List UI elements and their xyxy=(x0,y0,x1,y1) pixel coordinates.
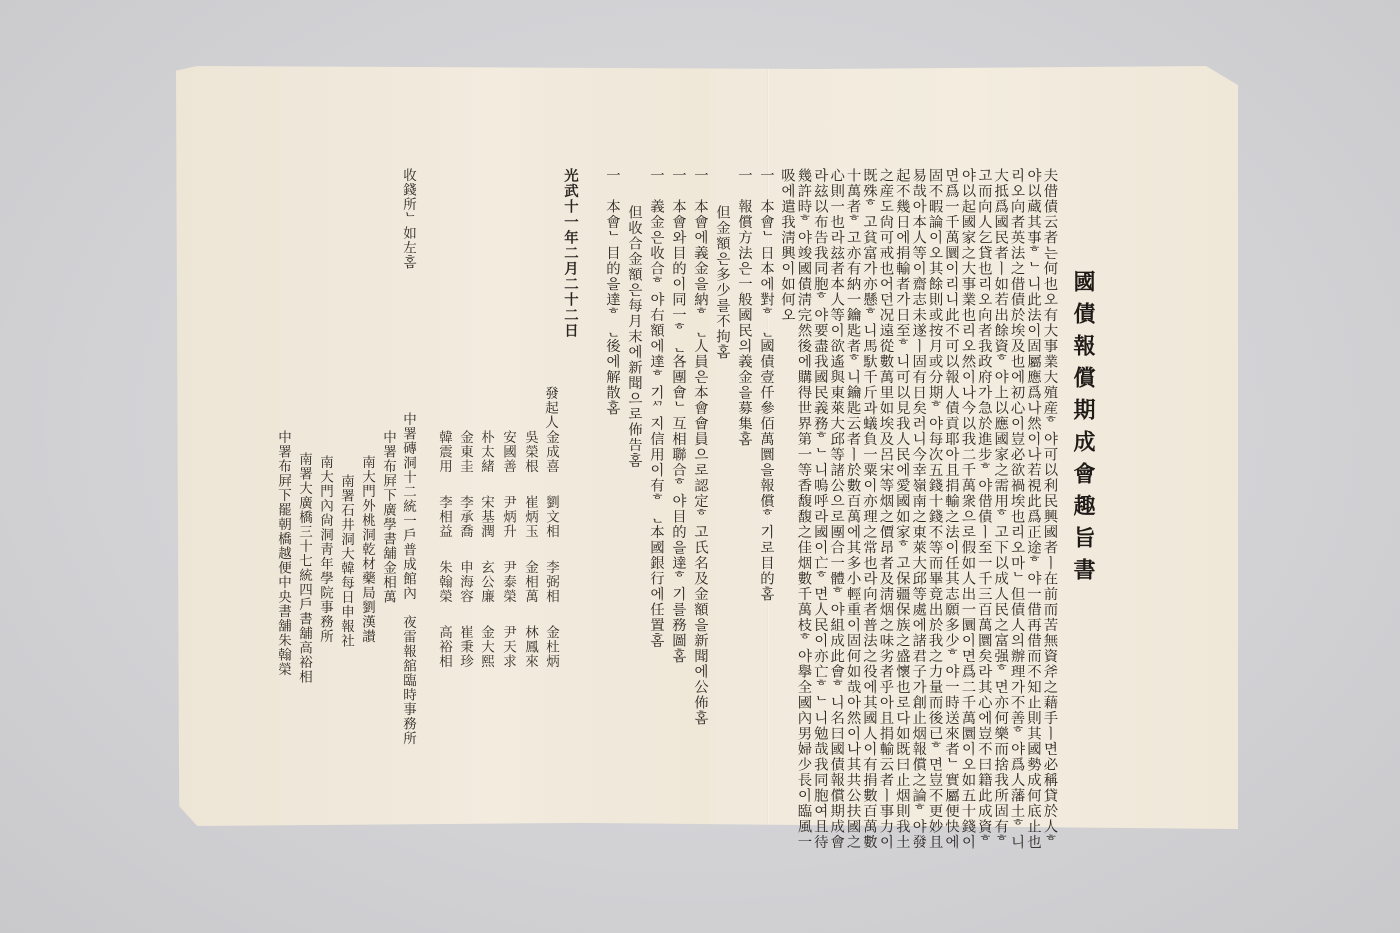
founder-name: 安國善 xyxy=(498,430,518,474)
founder-name: 金成喜 xyxy=(541,430,561,474)
founder-name: 朱翰榮 xyxy=(434,560,454,604)
founders-label: 發起人 xyxy=(540,386,560,430)
founder-name: 林鳳來 xyxy=(520,625,540,669)
founder-name: 李承喬 xyxy=(455,495,475,539)
preamble-column: 易哉아本人等이齋志未遂ㅣ固有日矣러니今幸嶺南之東萊大邱等處에諸君子가創止烟報償之… xyxy=(911,168,925,850)
document-title: 國債報償期成會趣旨書 xyxy=(1068,270,1099,590)
preamble-column: 心則一也라玆者本人等이欲遙與東萊大邱等諸公으로團合一體ᄒ야組成此會ᄒ니名曰國債報… xyxy=(829,168,843,850)
founder-name: 金東圭 xyxy=(455,430,475,474)
founder-name: 李相益 xyxy=(434,495,454,539)
founder-name: 尹天求 xyxy=(498,625,518,669)
article-note: 但收合金額은每月末에新聞으로佈告홈 xyxy=(624,205,645,469)
preamble-column: 야以起國家之大事業也리오然이나今以我二千萬衆으로假如人出一圜이면爲二千萬圜이오如… xyxy=(960,168,974,850)
founder-name: 金相萬 xyxy=(520,560,540,604)
article-item: 一 報償方法은一般國民의義金을募集홈 xyxy=(734,168,755,447)
preamble-column: 야以蔵其事ᄒᄂ니此法이固屬應爲나然이나若視此爲正途ᄒ야一借再借而不知止則其國勢成… xyxy=(1026,168,1040,850)
founder-name: 劉文相 xyxy=(541,495,561,539)
preamble-column: 吸에遣我淸興이如何오 xyxy=(780,168,794,323)
collection-office: 中署磚洞十二統一戶普成館內 夜雷報舘臨時事務所 xyxy=(398,412,418,746)
founder-name: 吳榮根 xyxy=(520,430,540,474)
founder-name: 金大熙 xyxy=(476,625,496,669)
article-item: 一 本會에義金을納ᄒᆫ人員은本會會員으로認定ᄒ고氏名及金額을新聞에公佈홈 xyxy=(690,168,711,726)
article-item: 一 本會와目的이同一ᄒᆫ各團會ᄂ互相聯合ᄒ야目的을達ᄒ기를務圖홈 xyxy=(668,168,689,664)
article-item: 一 本會ᄂ目的을達ᄒᆫ後에解散홈 xyxy=(602,168,623,416)
founder-name: 高裕相 xyxy=(434,625,454,669)
collection-office: 南署石井洞大韓每日申報社 xyxy=(336,474,356,648)
founder-name: 韓震用 xyxy=(434,430,454,474)
founder-name: 崔炳玉 xyxy=(520,495,540,539)
founder-name: 朴太緒 xyxy=(476,430,496,474)
preamble-column: 既殊ᄒ고貧富가亦懸ᄒ니馬馱千斤과蟻負一粟이亦理之常也라向者普法之役에其國人이有捐… xyxy=(862,168,876,850)
article-item: 一 本會ᄂ日本에對ᄒᆫ國債壹仟參佰萬圜을報償ᄒ기로目的홈 xyxy=(756,168,777,602)
founder-name: 崔秉珍 xyxy=(455,625,475,669)
founder-name: 尹泰榮 xyxy=(498,560,518,604)
founder-name: 玄公廉 xyxy=(476,560,496,604)
preamble-column: 면爲一千萬圜이리니此不可以報人債貢耶아且捐輸之法이任其志願多少ᄒ야一時送來者ᄂ實… xyxy=(944,168,958,850)
collection-office: 南署大廣橋三十七統四戶書舖高裕相 xyxy=(294,452,314,684)
collection-office: 南大門內尙洞靑年學院事務所 xyxy=(315,455,335,644)
article-item: 一 義金은收合ᄒ야右額에達ᄒ기ᄭ지信用이有ᄒᆫ本國銀行에任置홈 xyxy=(646,168,667,649)
preamble-column: 大抵爲國民者ㅣ如若出餘資ᄒ야上以應國家之需用ᄒ고下以成人民之富强ᄒ면亦何樂而捨我… xyxy=(993,168,1007,850)
preamble-column: 고而向人乞貸也리오向者我政府가急於進步ᄒ야借債ㅣ至一千三百萬圜矣라其心에豈不曰籍… xyxy=(976,168,990,850)
preamble-column: 리오向者英法之借債於埃及也에初心이豈必欲禍埃也리오마ᄂ但債人의辦理가不善ᄒ야爲人… xyxy=(1009,168,1023,850)
founder-name: 李弼相 xyxy=(541,560,561,604)
preamble-column: 夫借債云者는何也오有大事業大殖産ᄒ야可以利民興國者ㅣ在前而苦無資斧之藉手ㅣ면必稱… xyxy=(1042,168,1056,850)
preamble-column: 十萬者ᄒ고亦有納一鑰匙者ᄒ니鑰匙云者ㅣ於數百萬에其多小輕重이固何如哉아然이나其共… xyxy=(845,168,859,850)
founder-name: 尹炳升 xyxy=(498,495,518,539)
collection-office: 中署布屛下廣學書舖金相萬 xyxy=(378,430,398,604)
article-note: 但金額은多少를不拘홈 xyxy=(712,205,733,360)
preamble-column: 固不暇論이오其餘則或按月或分期ᄒ야每次五錢十錢不等而畢竟出於我之力量而後已ᄒ면豈… xyxy=(927,168,941,850)
collection-office: 中署布屛下罷朝橋越便中央書舖朱翰榮 xyxy=(273,430,293,677)
preamble-column: 幾許時ᄒ야竣國債淸完然後에購得世界第一等香馥馥之佳烟數千萬枝ᄒ야擧全國內男婦少長… xyxy=(796,168,810,850)
founder-name: 申海容 xyxy=(455,560,475,604)
preamble-column: 라玆以布告我同胞ᄒ야要盡我國民義務ᄒᄂ니嗚呼라國이亡ᄒ면人民이亦亡ᄒᄂ니勉哉我同… xyxy=(812,168,826,850)
collection-office: 南大門外桃洞乾材藥局劉漢讃 xyxy=(357,455,377,644)
founder-name: 金杜炳 xyxy=(541,625,561,669)
collection-label: 收錢所ᄂ如左홈 xyxy=(398,168,418,270)
issue-date: 光武十一年二月二十二日 xyxy=(560,168,581,339)
founder-name: 宋基潤 xyxy=(476,495,496,539)
preamble-column: 起不幾日에捐輸者가日至ᄒ니可以見我人民에愛國如家ᄒ고保疆保族之盛懷也로다如既曰止… xyxy=(894,168,908,850)
preamble-column: 之産도尙可戒也어던况遠從數萬里如埃及呂宋等烟之價昂者及淸烟之味劣者乎아且捐輸云者… xyxy=(878,168,892,850)
